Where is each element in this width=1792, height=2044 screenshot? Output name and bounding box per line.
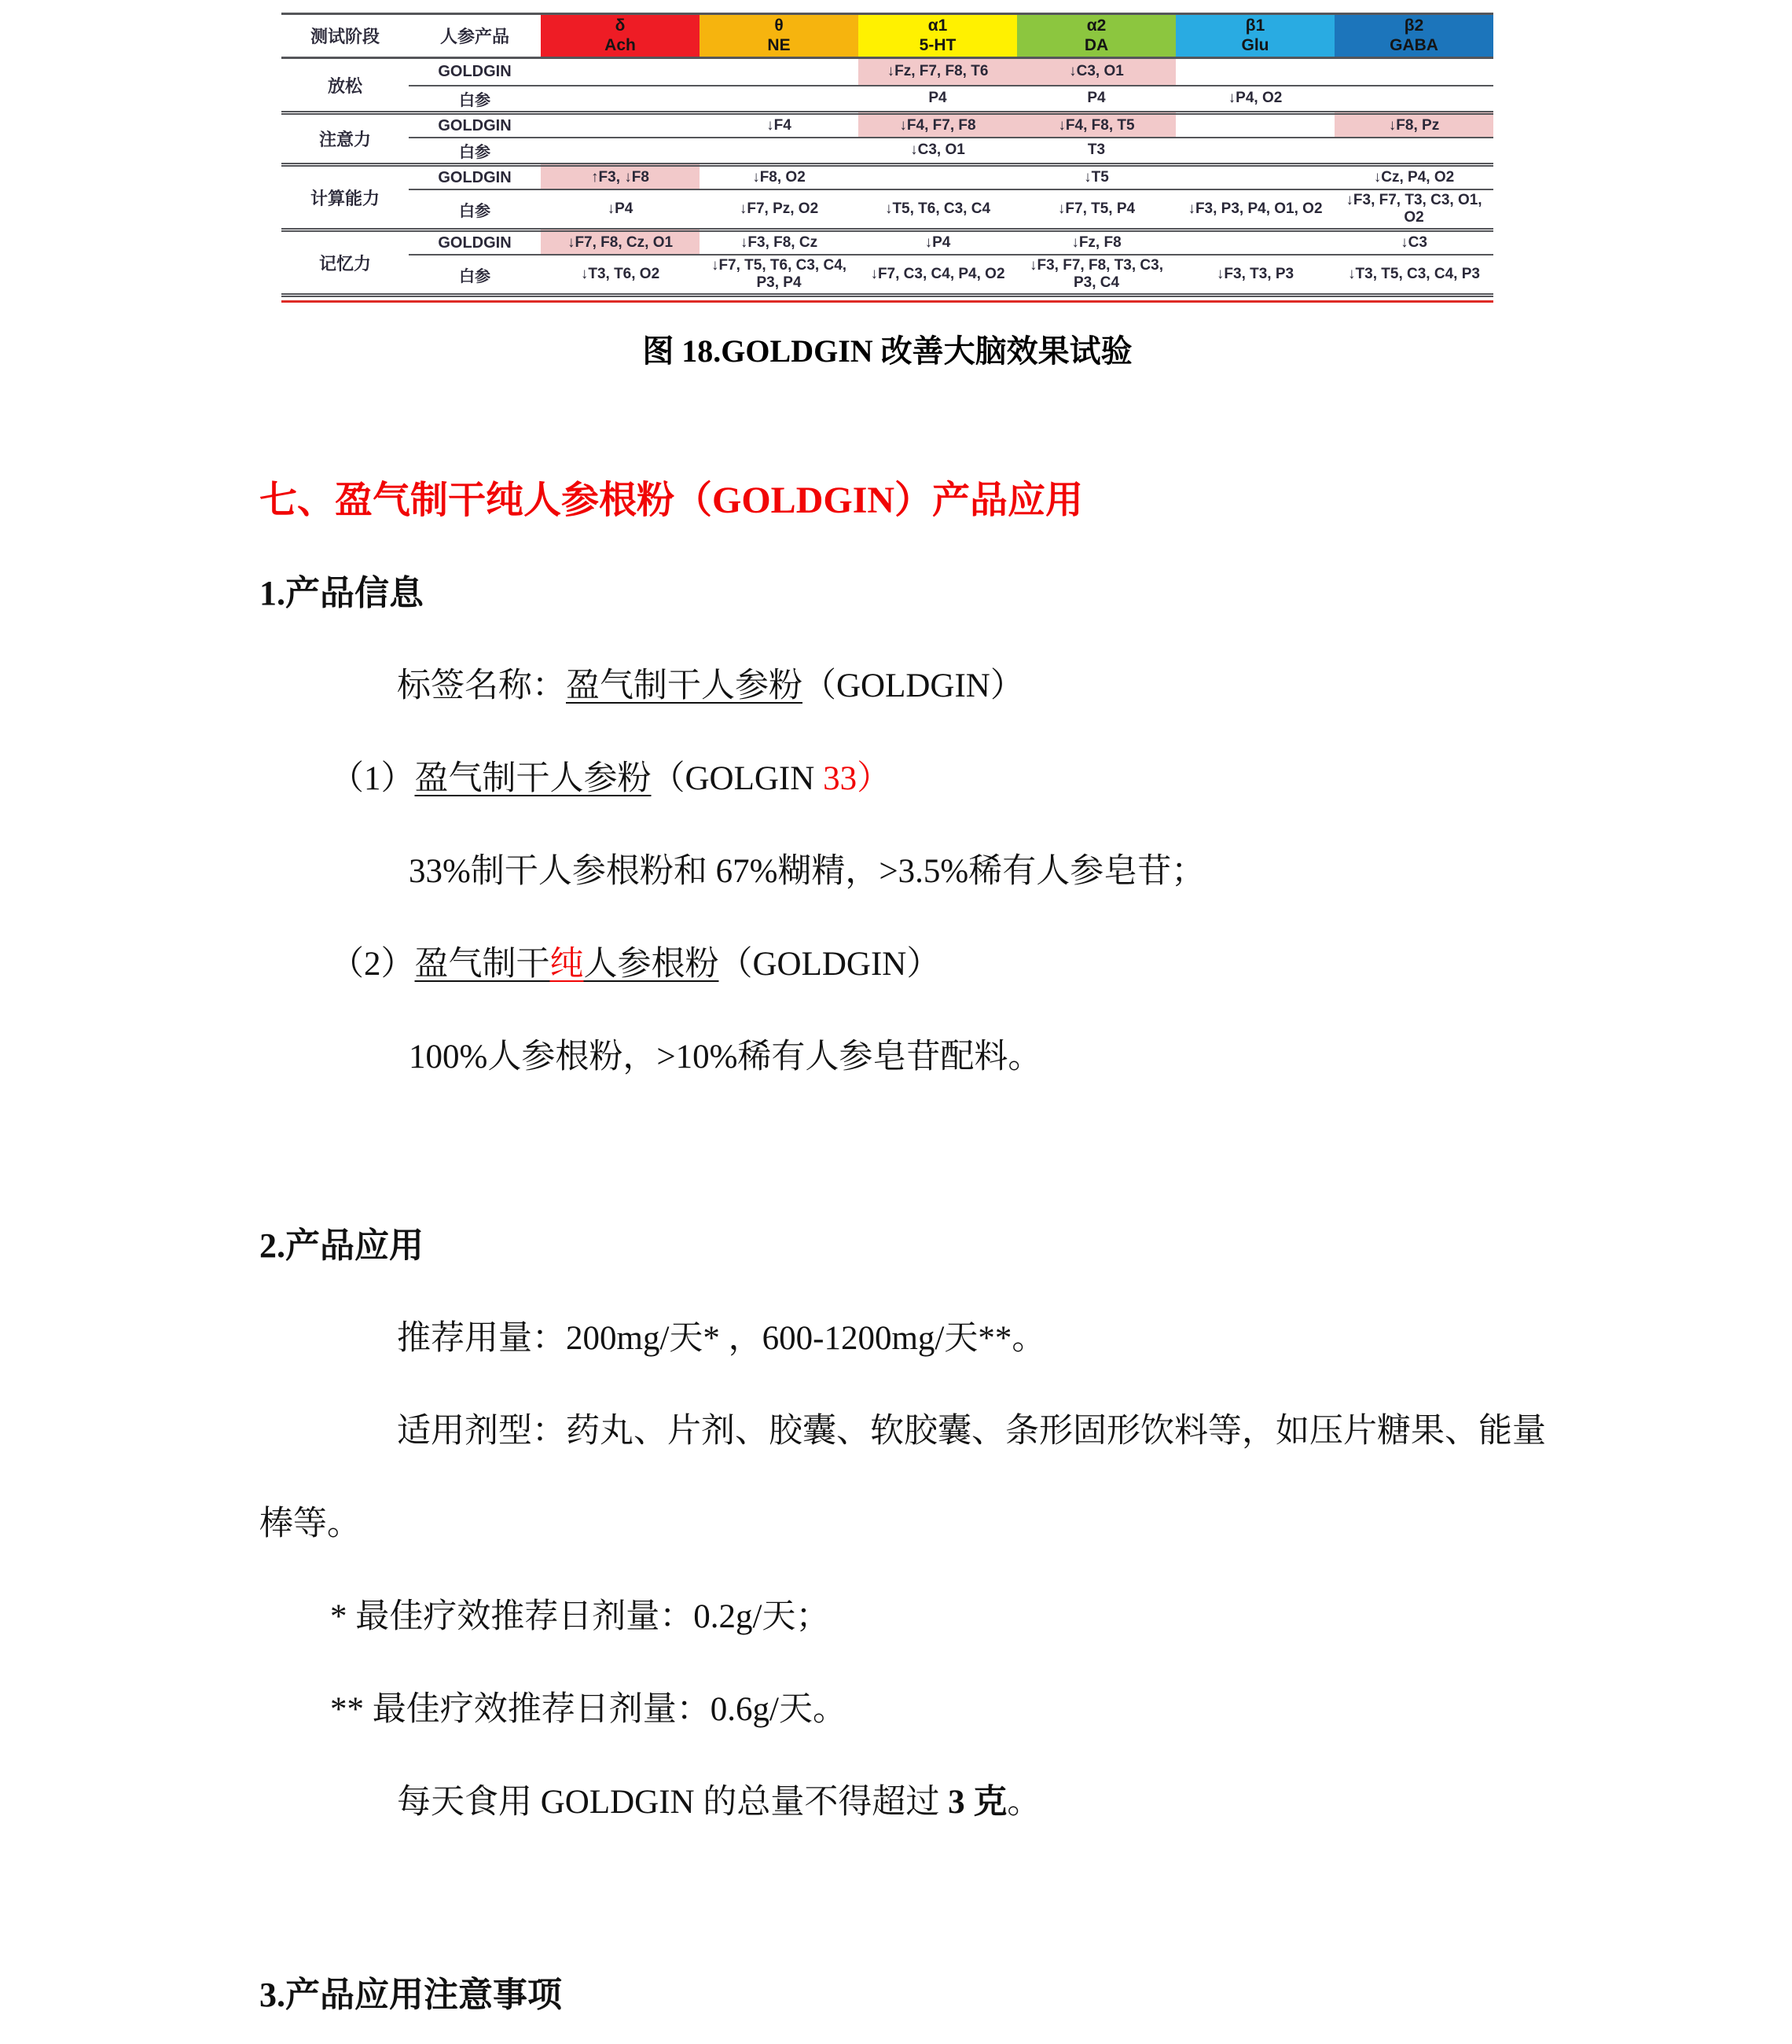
text-run: 2.产品应用 [259, 1226, 424, 1265]
stage-cell: 记忆力 [281, 228, 409, 293]
text-run: （GOLDGIN） [802, 667, 1024, 704]
data-cell: ↓Fz, F8 [1017, 228, 1176, 254]
product-cell: GOLDGIN [409, 111, 541, 137]
data-cell [1335, 59, 1493, 85]
item-1-desc: 33%制干人参根粉和 67%糊精，>3.5%稀有人参皂苷； [259, 852, 1548, 891]
text-run: 。 [1007, 1784, 1041, 1821]
data-cell [700, 137, 858, 163]
data-cell: ↓C3, O1 [1017, 59, 1176, 85]
data-cell: ↓F3, F7, F8, T3, C3, P3, C4 [1017, 254, 1176, 293]
text-run: 适用剂型：药丸、片剂、胶囊、软胶囊、条形固形饮料等，如压片糖果、能量 [397, 1413, 1546, 1450]
form-line-2: 棒等。 [259, 1505, 1548, 1544]
data-cell: ↓F3, T3, P3 [1176, 254, 1335, 293]
data-cell: ↓Cz, P4, O2 [1335, 163, 1493, 189]
limit-line: 每天食用 GOLDGIN 的总量不得超过 3 克。 [259, 1783, 1548, 1822]
band-neurotransmitter: 5-HT [920, 36, 957, 55]
data-cell [700, 59, 858, 85]
data-cell: ↓F4 [700, 111, 858, 137]
data-cell: ↓F7, T5, P4 [1017, 189, 1176, 228]
data-cell: ↓F3, P3, P4, O1, O2 [1176, 189, 1335, 228]
band-greek: β1 [1246, 17, 1265, 35]
data-cell [1176, 163, 1335, 189]
data-cell [541, 59, 700, 85]
data-cell: ↓F4, F7, F8 [858, 111, 1017, 137]
data-cell: ↓P4 [541, 189, 700, 228]
text-run: （2） [330, 946, 415, 983]
note-1: * 最佳疗效推荐日剂量：0.2g/天； [259, 1597, 1548, 1637]
text-run: 推荐用量：200mg/天* ，600-1200mg/天**。 [397, 1320, 1045, 1357]
data-cell [700, 85, 858, 111]
band-header-Ach: δAch [541, 15, 700, 59]
section-3-title: 3.产品应用注意事项 [259, 1976, 1548, 2015]
band-greek: α1 [928, 17, 948, 35]
band-neurotransmitter: GABA [1390, 36, 1438, 55]
data-cell [858, 163, 1017, 189]
band-greek: δ [615, 17, 626, 35]
text-run: 100%人参根粉，>10%稀有人参皂苷配料。 [409, 1039, 1041, 1075]
data-cell: ↓F3, F8, Cz [700, 228, 858, 254]
main-heading: 七、盈气制干纯人参根粉（GOLDGIN）产品应用 [259, 481, 1548, 520]
section-1-title: 1.产品信息 [259, 574, 1548, 613]
text-run: 盈气制干 [415, 946, 550, 983]
document-page: { "colors":{ "accent_red":"#f10505", "ta… [0, 0, 1792, 2044]
band-header-NE: θNE [700, 15, 858, 59]
stage-cell: 计算能力 [281, 163, 409, 228]
band-greek: θ [774, 17, 783, 35]
band-neurotransmitter: Glu [1242, 36, 1269, 55]
item-2-line: （2）盈气制干纯人参根粉（GOLDGIN） [259, 945, 1548, 984]
product-cell: 白参 [409, 254, 541, 293]
data-cell: ↓F7, C3, C4, P4, O2 [858, 254, 1017, 293]
text-run: 3 克 [948, 1784, 1007, 1821]
data-cell: ↓P4, O2 [1176, 85, 1335, 111]
text-run: 盈气制干人参粉 [566, 667, 802, 704]
band-greek: β2 [1405, 17, 1424, 35]
item-2-desc: 100%人参根粉，>10%稀有人参皂苷配料。 [259, 1038, 1548, 1077]
text-run: ** 最佳疗效推荐日剂量：0.6g/天。 [330, 1691, 846, 1728]
data-cell [1176, 111, 1335, 137]
product-cell: GOLDGIN [409, 163, 541, 189]
data-cell: P4 [858, 85, 1017, 111]
text-run: 3.产品应用注意事项 [259, 1976, 562, 2014]
data-cell: P4 [1017, 85, 1176, 111]
text-run: * 最佳疗效推荐日剂量：0.2g/天； [330, 1598, 829, 1635]
band-neurotransmitter: Ach [604, 36, 636, 55]
text-run: （1） [330, 760, 415, 797]
data-cell [541, 85, 700, 111]
product-cell: 白参 [409, 85, 541, 111]
product-cell: GOLDGIN [409, 59, 541, 85]
brain-table: 测试阶段人参产品δAchθNEα15-HTα2DAβ1Gluβ2GABA放松GO… [281, 13, 1493, 297]
data-cell: ↑F3, ↓F8 [541, 163, 700, 189]
data-cell: ↓P4 [858, 228, 1017, 254]
data-cell [1176, 59, 1335, 85]
text-run: 33%制干人参根粉和 67%糊精，>3.5%稀有人参皂苷； [409, 853, 1205, 890]
product-column-header: 人参产品 [409, 15, 541, 59]
text-run: 棒等。 [259, 1505, 361, 1542]
data-cell: ↓T3, T6, O2 [541, 254, 700, 293]
table-bottom-red-rule [281, 300, 1493, 303]
text-run: 人参根粉 [584, 946, 719, 983]
figure-caption: 图 18.GOLDGIN 改善大脑效果试验 [281, 326, 1493, 371]
data-cell: ↓T3, T5, C3, C4, P3 [1335, 254, 1493, 293]
data-cell: ↓F8, Pz [1335, 111, 1493, 137]
band-neurotransmitter: DA [1085, 36, 1108, 55]
data-cell: ↓F8, O2 [700, 163, 858, 189]
product-cell: 白参 [409, 137, 541, 163]
data-cell: T3 [1017, 137, 1176, 163]
data-cell: ↓T5 [1017, 163, 1176, 189]
data-cell [1176, 137, 1335, 163]
data-cell [1335, 137, 1493, 163]
stage-column-header: 测试阶段 [281, 15, 409, 59]
item-1-line: （1）盈气制干人参粉（GOLGIN 33） [259, 759, 1548, 799]
stage-cell: 放松 [281, 59, 409, 111]
band-neurotransmitter: NE [767, 36, 790, 55]
data-cell: ↓C3, O1 [858, 137, 1017, 163]
data-cell: ↓F7, F8, Cz, O1 [541, 228, 700, 254]
section-2-title: 2.产品应用 [259, 1226, 1548, 1266]
product-cell: 白参 [409, 189, 541, 228]
brain-effect-table-wrap: 测试阶段人参产品δAchθNEα15-HTα2DAβ1Gluβ2GABA放松GO… [281, 13, 1493, 303]
band-greek: α2 [1087, 17, 1107, 35]
red-text-run: 33） [823, 760, 890, 797]
band-header-DA: α2DA [1017, 15, 1176, 59]
data-cell [541, 111, 700, 137]
data-cell: ↓T5, T6, C3, C4 [858, 189, 1017, 228]
product-cell: GOLDGIN [409, 228, 541, 254]
stage-cell: 注意力 [281, 111, 409, 163]
data-cell: ↓F7, Pz, O2 [700, 189, 858, 228]
red-text-run: 纯 [550, 946, 584, 983]
text-run: 盈气制干人参粉 [415, 760, 652, 797]
dosage-line: 推荐用量：200mg/天* ，600-1200mg/天**。 [259, 1319, 1548, 1358]
text-run: 标签名称： [397, 667, 566, 704]
text-run: 每天食用 GOLDGIN 的总量不得超过 [397, 1784, 948, 1821]
band-header-5-HT: α15-HT [858, 15, 1017, 59]
data-cell: ↓F3, F7, T3, C3, O1, O2 [1335, 189, 1493, 228]
data-cell: ↓F4, F8, T5 [1017, 111, 1176, 137]
data-cell: ↓Fz, F7, F8, T6 [858, 59, 1017, 85]
document-body: 七、盈气制干纯人参根粉（GOLDGIN）产品应用1.产品信息标签名称：盈气制干人… [259, 481, 1548, 2015]
data-cell [541, 137, 700, 163]
data-cell [1335, 85, 1493, 111]
label-name-line: 标签名称：盈气制干人参粉（GOLDGIN） [259, 667, 1548, 706]
note-2: ** 最佳疗效推荐日剂量：0.6g/天。 [259, 1690, 1548, 1730]
band-header-Glu: β1Glu [1176, 15, 1335, 59]
text-run: 七、盈气制干纯人参根粉（GOLDGIN）产品应用 [259, 480, 1083, 521]
text-run: （GOLGIN [652, 760, 824, 797]
text-run: （GOLDGIN） [719, 946, 941, 983]
data-cell [1176, 228, 1335, 254]
form-line: 适用剂型：药丸、片剂、胶囊、软胶囊、条形固形饮料等，如压片糖果、能量 [259, 1412, 1548, 1451]
data-cell: ↓F7, T5, T6, C3, C4, P3, P4 [700, 254, 858, 293]
band-header-GABA: β2GABA [1335, 15, 1493, 59]
data-cell: ↓C3 [1335, 228, 1493, 254]
text-run: 1.产品信息 [259, 574, 424, 612]
